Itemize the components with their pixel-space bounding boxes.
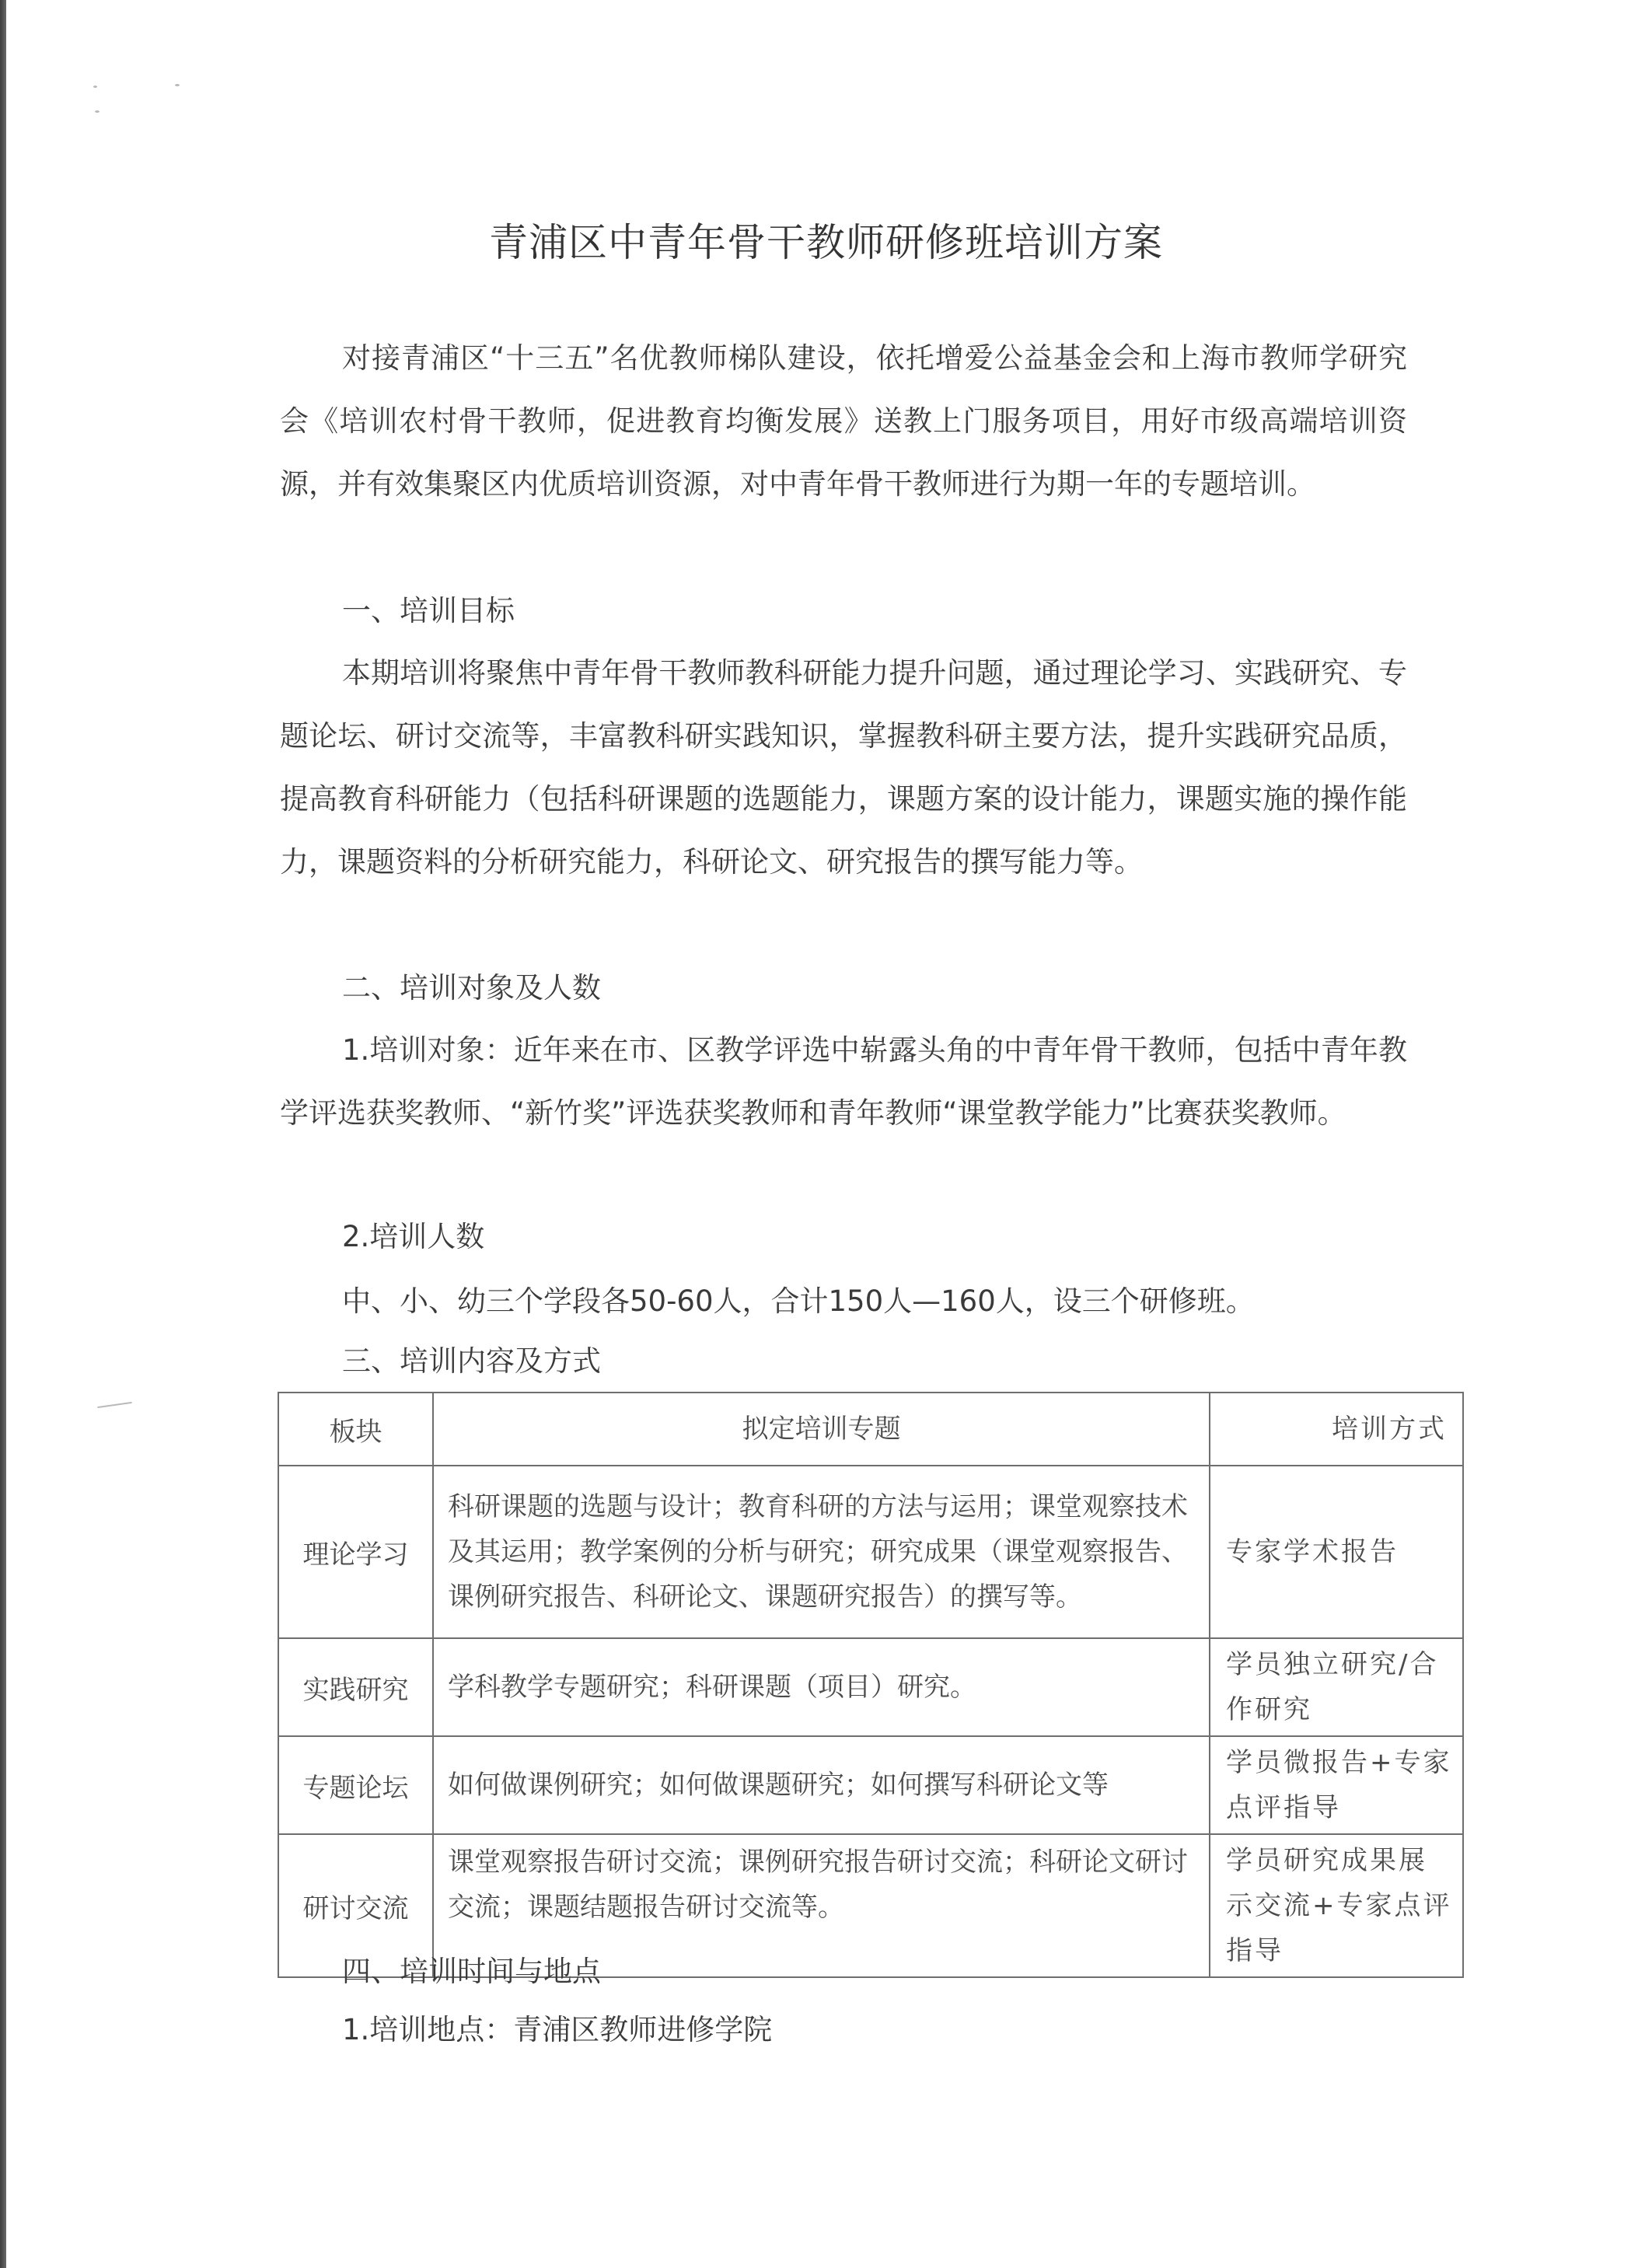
training-content-table: 板块 拟定培训专题 培训方式 理论学习 科研课题的选题与设计；教育科研的方法与运… [278, 1392, 1464, 1978]
table-row: 专题论坛 如何做课例研究；如何做课题研究；如何撰写科研论文等 学员微报告+专家点… [278, 1736, 1463, 1834]
participants-count-heading: 2.培训人数 [342, 1213, 484, 1255]
row-module: 专题论坛 [278, 1736, 433, 1834]
header-module: 板块 [278, 1393, 433, 1466]
scan-speck [95, 110, 100, 113]
header-topics: 拟定培训专题 [433, 1393, 1210, 1466]
scan-speck [97, 1402, 132, 1408]
header-method: 培训方式 [1210, 1393, 1463, 1466]
participants-count-body: 中、小、幼三个学段各50-60人，合计150人—160人，设三个研修班。 [342, 1277, 1255, 1319]
participants-item-1: 1.培训对象：近年来在市、区教学评选中崭露头角的中青年骨干教师，包括中青年教学评… [280, 1019, 1407, 1144]
section-heading-goals: 一、培训目标 [342, 587, 515, 629]
scan-speck [93, 86, 97, 88]
section-heading-content: 三、培训内容及方式 [342, 1337, 601, 1379]
table-row: 理论学习 科研课题的选题与设计；教育科研的方法与运用；课堂观察技术及其运用；教学… [278, 1466, 1463, 1638]
row-topics: 如何做课例研究；如何做课题研究；如何撰写科研论文等 [433, 1736, 1210, 1834]
section-heading-participants: 二、培训对象及人数 [342, 964, 601, 1006]
row-topics: 学科教学专题研究；科研课题（项目）研究。 [433, 1638, 1210, 1736]
section-heading-time-place: 四、培训时间与地点 [342, 1948, 601, 1990]
document-title: 青浦区中青年骨干教师研修班培训方案 [0, 211, 1652, 267]
row-method: 学员独立研究/合作研究 [1210, 1638, 1463, 1736]
scan-edge-shadow [0, 0, 6, 2268]
row-topics: 科研课题的选题与设计；教育科研的方法与运用；课堂观察技术及其运用；教学案例的分析… [433, 1466, 1210, 1638]
goals-paragraph: 本期培训将聚焦中青年骨干教师教科研能力提升问题，通过理论学习、实践研究、专题论坛… [280, 641, 1407, 893]
scan-speck [175, 84, 180, 86]
row-method: 学员微报告+专家点评指导 [1210, 1736, 1463, 1834]
time-place-item-1: 1.培训地点：青浦区教师进修学院 [342, 2006, 772, 2048]
table-row: 实践研究 学科教学专题研究；科研课题（项目）研究。 学员独立研究/合作研究 [278, 1638, 1463, 1736]
table-header-row: 板块 拟定培训专题 培训方式 [278, 1393, 1463, 1466]
row-method: 专家学术报告 [1210, 1466, 1463, 1638]
row-module: 实践研究 [278, 1638, 433, 1736]
row-module: 理论学习 [278, 1466, 433, 1638]
intro-paragraph: 对接青浦区“十三五”名优教师梯队建设，依托增爱公益基金会和上海市教师学研究会《培… [280, 327, 1407, 515]
row-method: 学员研究成果展示交流+专家点评指导 [1210, 1834, 1463, 1977]
